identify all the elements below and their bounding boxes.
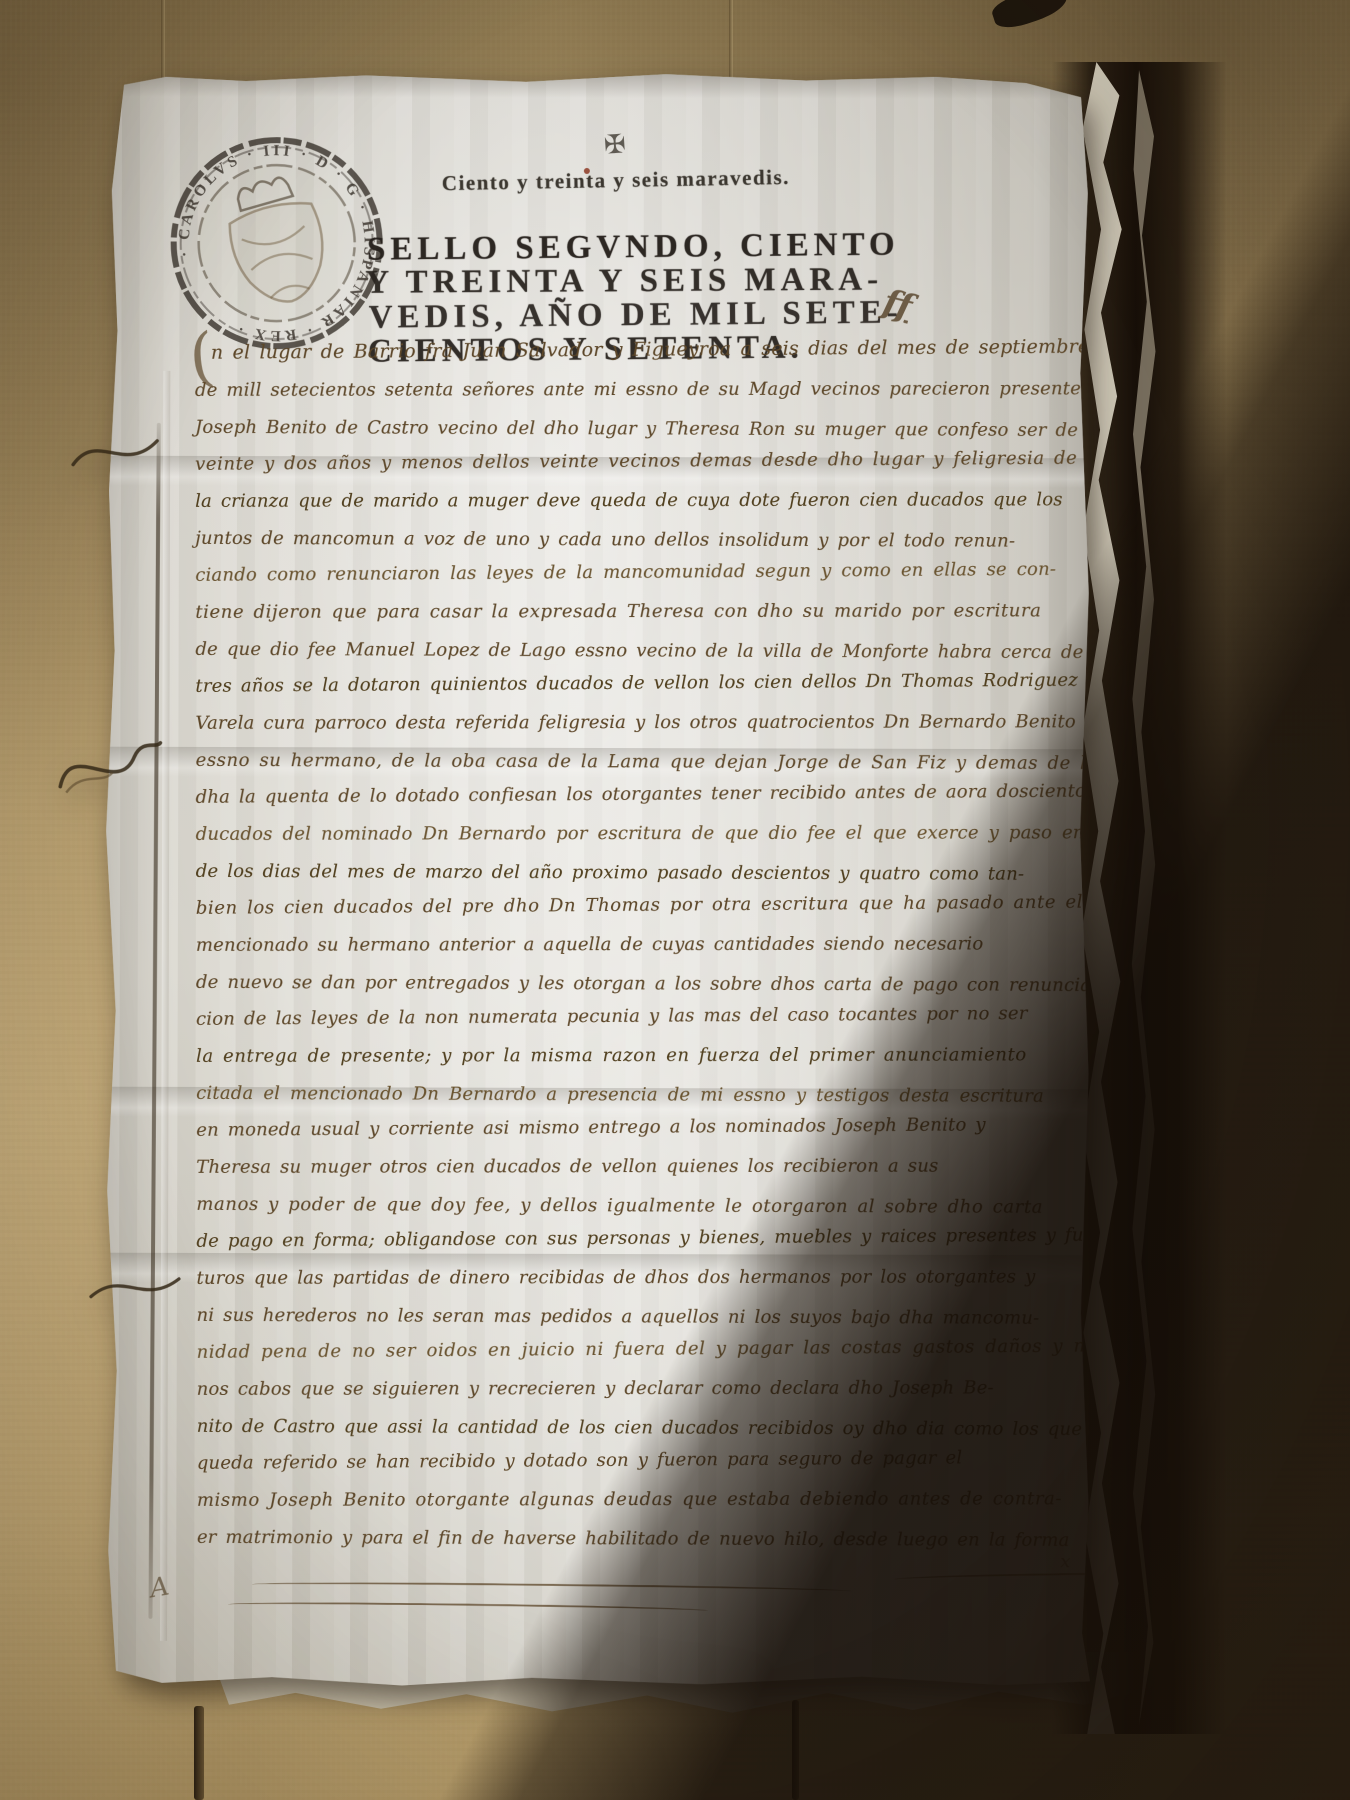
manuscript-text-block: n el lugar de Barrio fra Juan Salvador y… bbox=[195, 333, 1049, 1555]
manuscript-line: turos que las partidas de dinero recibid… bbox=[196, 1258, 1048, 1296]
manuscript-line: n el lugar de Barrio fra Juan Salvador y… bbox=[195, 329, 1047, 372]
manuscript-line: tres años se la dotaron quinientos ducad… bbox=[195, 662, 1047, 705]
end-mark: x bbox=[1060, 1551, 1070, 1572]
binding-thread bbox=[148, 423, 160, 1619]
manuscript-line: de pago en forma; obligandose con sus pe… bbox=[196, 1217, 1048, 1260]
manuscript-line: veinte y dos años y menos dellos veinte … bbox=[195, 440, 1047, 483]
sello-stamp-line: SELLO SEGVNDO, CIENTO bbox=[367, 228, 901, 267]
manuscript-line: la entrega de presente; y por la misma r… bbox=[196, 1036, 1048, 1074]
cardboard-flap-gap bbox=[792, 1700, 799, 1800]
manuscript-line: cion de las leyes de la non numerata pec… bbox=[196, 995, 1048, 1038]
sello-stamp-line: VEDIS, AÑO DE MIL SETE- bbox=[369, 296, 903, 335]
spine-crease bbox=[160, 371, 170, 1641]
cardboard-flap-gap bbox=[194, 1706, 204, 1800]
stamp-fee-line: Ciento y treinta y seis maravedis. bbox=[442, 165, 790, 196]
printed-cross-icon: ✠ bbox=[603, 129, 627, 160]
stitch-thread-tail bbox=[67, 423, 163, 483]
paper-surface: · CAROLVS · III · D · G · HISPANIAR · RE… bbox=[102, 71, 1098, 1704]
manuscript-sheet: · CAROLVS · III · D · G · HISPANIAR · RE… bbox=[102, 71, 1098, 1704]
margin-letter-mark: A bbox=[148, 1571, 172, 1604]
manuscript-line: dha la quenta de lo dotado confiesan los… bbox=[195, 773, 1047, 816]
torn-edge-midtone bbox=[1130, 70, 1160, 1725]
manuscript-line: mismo Joseph Benito otorgante algunas de… bbox=[197, 1480, 1049, 1518]
stitch-thread-tail bbox=[87, 1263, 183, 1319]
paper-top-shadow bbox=[106, 71, 1098, 100]
manuscript-line: tiene dijeron que para casar la expresad… bbox=[195, 592, 1047, 630]
stitch-thread-tail bbox=[52, 723, 170, 807]
manuscript-line: bien los cien ducados del pre dho Dn Tho… bbox=[196, 884, 1048, 927]
manuscript-line: ciando como renunciaron las leyes de la … bbox=[195, 551, 1047, 594]
manuscript-line: la crianza que de marido a muger deve qu… bbox=[195, 481, 1047, 519]
manuscript-line: de mill setecientos setenta señores ante… bbox=[195, 370, 1047, 408]
closing-rule bbox=[228, 1601, 708, 1615]
manuscript-line: queda referido se han recibido y dotado … bbox=[197, 1439, 1049, 1482]
manuscript-line: Varela cura parroco desta referida felig… bbox=[195, 703, 1047, 741]
manuscript-line: Theresa su muger otros cien ducados de v… bbox=[196, 1147, 1048, 1185]
manuscript-line: nos cabos que se siguieren y recrecieren… bbox=[197, 1369, 1049, 1407]
sello-stamp-line: Y TREINTA Y SEIS MARA- bbox=[365, 262, 899, 299]
manuscript-line: ducados del nominado Dn Bernardo por esc… bbox=[196, 814, 1048, 852]
manuscript-line: en moneda usual y corriente asi mismo en… bbox=[196, 1106, 1048, 1149]
manuscript-line: nidad pena de no ser oidos en juicio ni … bbox=[196, 1328, 1048, 1371]
photo-of-manuscript: · CAROLVS · III · D · G · HISPANIAR · RE… bbox=[0, 0, 1350, 1800]
manuscript-line: mencionado su hermano anterior a aquella… bbox=[196, 925, 1048, 963]
manuscript-line: er matrimonio y para el fin de haverse h… bbox=[197, 1519, 1049, 1559]
